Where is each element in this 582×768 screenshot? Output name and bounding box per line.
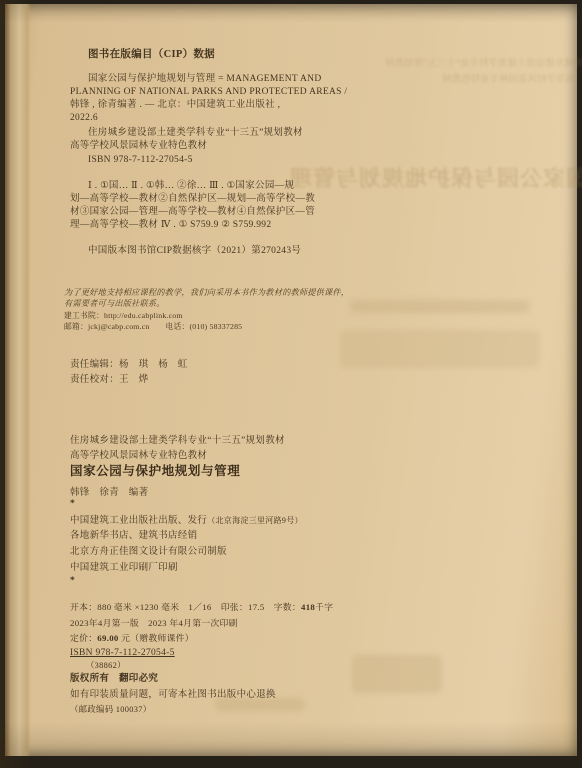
publisher-address: （北京海淀三里河路9号） <box>207 516 303 525</box>
price-value: 69.00 <box>97 633 118 643</box>
cip-entry-line: 韩锋 , 徐青编著 . — 北京：中国建筑工业出版社 , <box>70 100 280 111</box>
price-note: 元（赠教师课件） <box>119 633 194 643</box>
courseware-notice-line: 为了更好地支持相应课程的教学，我们向采用本书作为教材的教师提供课件， <box>64 287 349 298</box>
price-line: 定价：69.00 元（赠教师课件） <box>70 633 194 644</box>
word-count-unit: 千字 <box>315 602 333 612</box>
return-policy-line: 如有印装质量问题，可寄本社图书出版中心退换 <box>70 690 276 701</box>
book-title: 国家公园与保护地规划与管理 <box>70 466 240 477</box>
cip-entry-line: 2022.6 <box>70 113 98 124</box>
page-edge-highlight <box>5 4 31 756</box>
responsible-proofreader: 责任校对：王 烨 <box>70 375 148 386</box>
cip-registry-number: 中国版本图书馆CIP数据核字（2021）第270243号 <box>88 246 301 257</box>
copyright-statement: 版权所有 翻印必究 <box>70 674 158 685</box>
book-number: （38862） <box>86 660 126 671</box>
cip-class-line: 划—高等学校—教材②自然保护区—规划—高等学校—教 <box>70 194 315 205</box>
book-page-photo: 住房城乡建设部土建类学科专业“十三五”规划教材 高等学校风景园林专业特色教材 国… <box>0 0 582 768</box>
book-authors: 韩锋 徐青 编著 <box>70 488 148 499</box>
postal-code-line: （邮政编码 100037） <box>70 704 151 715</box>
cip-entry-line: PLANNING OF NATIONAL PARKS AND PROTECTED… <box>70 87 347 98</box>
cip-series-line: 高等学校风景园林专业特色教材 <box>70 141 207 152</box>
word-count-value: 418 <box>301 602 315 612</box>
cip-header: 图书在版编目（CIP）数据 <box>88 49 215 60</box>
edition-line: 2023年4月第一版 2023 年4月第一次印刷 <box>70 618 238 629</box>
distribution-line: 各地新华书店、建筑书店经销 <box>70 531 197 542</box>
format-text: 开本：880 毫米 ×1230 毫米 1／16 印张：17.5 字数： <box>70 602 301 612</box>
cip-entry-line: 国家公园与保护地规划与管理 = MANAGEMENT AND <box>88 74 321 85</box>
cip-series-line: 住房城乡建设部土建类学科专业“十三五”规划教材 <box>88 128 303 139</box>
cip-class-line: 理—高等学校—教材 Ⅳ . ① S759.9 ② S759.992 <box>70 220 271 231</box>
cip-isbn: ISBN 978-7-112-27054-5 <box>88 155 193 166</box>
printing-line: 中国建筑工业印刷厂印刷 <box>70 563 178 574</box>
separator-star: * <box>70 576 75 587</box>
cip-class-line: Ⅰ . ①国… Ⅱ . ①韩… ②徐… Ⅲ . ①国家公园—规 <box>88 181 294 192</box>
publisher-email-phone: 邮箱：jckj@cabp.com.cn 电话：(010) 58337285 <box>64 321 242 332</box>
separator-star: * <box>70 499 75 510</box>
responsible-editor: 责任编辑：杨 琪 杨 虹 <box>70 360 188 371</box>
cip-class-line: 材③国家公园—管理—高等学校—教材④自然保护区—管 <box>70 207 315 218</box>
isbn-line: ISBN 978-7-112-27054-5 <box>70 648 175 659</box>
publisher-name: 中国建筑工业出版社出版、发行 <box>70 516 207 526</box>
price-label: 定价： <box>70 633 97 643</box>
series-title-line: 住房城乡建设部土建类学科专业“十三五”规划教材 <box>70 436 285 447</box>
publisher-line: 中国建筑工业出版社出版、发行（北京海淀三里河路9号） <box>70 515 303 527</box>
courseware-notice-line: 有需要者可与出版社联系。 <box>64 298 165 309</box>
series-title-line: 高等学校风景园林专业特色教材 <box>70 451 207 462</box>
format-line: 开本：880 毫米 ×1230 毫米 1／16 印张：17.5 字数：418千字 <box>70 602 333 613</box>
typesetting-line: 北京方舟正佳图文设计有限公司制版 <box>70 547 227 558</box>
publisher-website: 建工书院：http://edu.cabplink.com <box>64 310 183 321</box>
